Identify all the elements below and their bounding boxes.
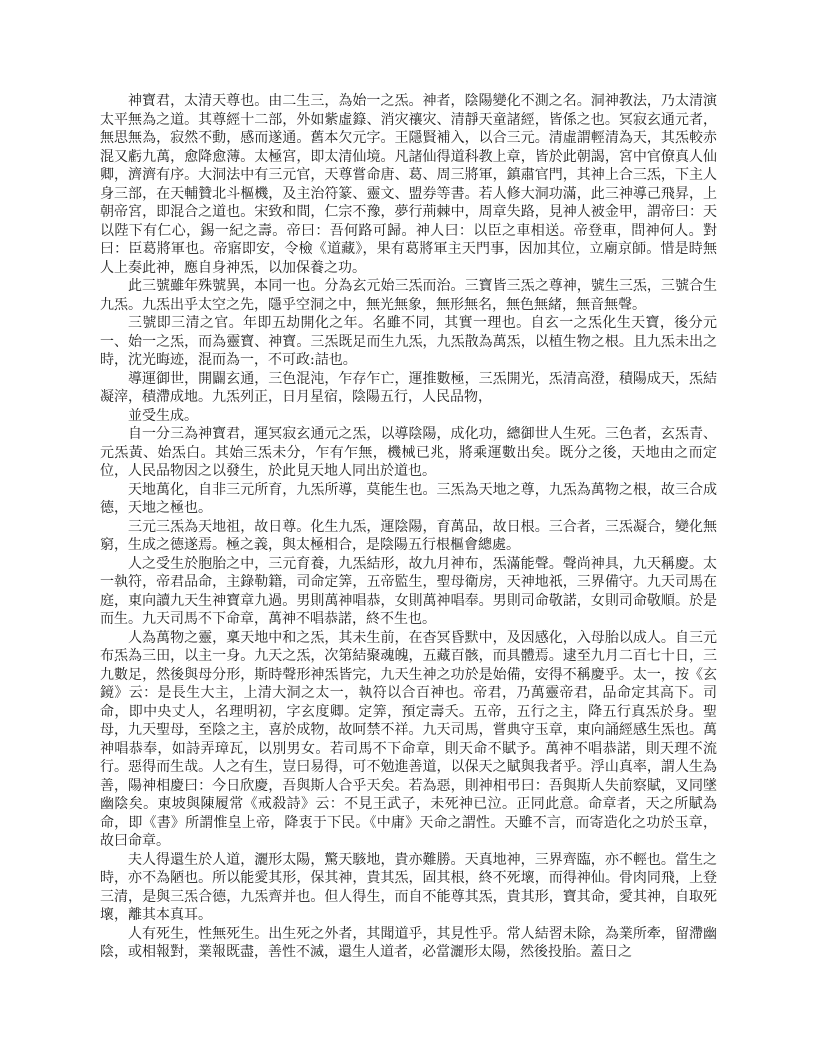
paragraph: 人有死生，性無死生。出生死之外者，其聞道乎，其見性乎。常人結習未除，為業所牽，留… <box>100 925 717 962</box>
paragraph: 人之受生於胞胎之中，三元育養，九炁結形，故九月神布，炁滿能聲。聲尚神具，九天稱慶… <box>100 555 717 629</box>
paragraph: 並受生成。 <box>100 407 717 426</box>
paragraph: 自一分三為神寶君，運冥寂玄通元之炁，以導陰陽，成化功，總御世人生死。三色者，玄炁… <box>100 425 717 481</box>
paragraph: 三號即三清之官。年即五劫開化之年。名雖不同，其實一理也。自玄一之炁化生天寶，後分… <box>100 314 717 370</box>
paragraph: 神寶君，太清天尊也。由二生三，為始一之炁。神者，陰陽變化不測之名。洞神教法，乃太… <box>100 92 717 277</box>
text-block: 神寶君，太清天尊也。由二生三，為始一之炁。神者，陰陽變化不測之名。洞神教法，乃太… <box>100 92 717 962</box>
document-page: 神寶君，太清天尊也。由二生三，為始一之炁。神者，陰陽變化不測之名。洞神教法，乃太… <box>0 0 816 1056</box>
paragraph: 此三號雖年殊號異，本同一也。分為玄元始三炁而治。三寶皆三炁之尊神，號生三炁，三號… <box>100 277 717 314</box>
paragraph: 夫人得還生於人道，灑形太陽，驚天駭地，貴亦難勝。天真地神，三界齊臨，亦不輕也。當… <box>100 851 717 925</box>
paragraph: 三元三炁為天地祖，故日尊。化生九炁，運陰陽，育萬品，故日根。三合者，三炁凝合，變… <box>100 518 717 555</box>
paragraph: 導運御世，開闢玄通，三色混沌，乍存乍亡，運推數極，三炁開光，炁清高澄，積陽成天，… <box>100 370 717 407</box>
paragraph: 人為萬物之靈，稟天地中和之炁，其未生前，在杳冥昏默中，及因感化，入母胎以成人。自… <box>100 629 717 851</box>
paragraph: 天地萬化，自非三元所育，九炁所導，莫能生也。三炁為天地之尊，九炁為萬物之根，故三… <box>100 481 717 518</box>
